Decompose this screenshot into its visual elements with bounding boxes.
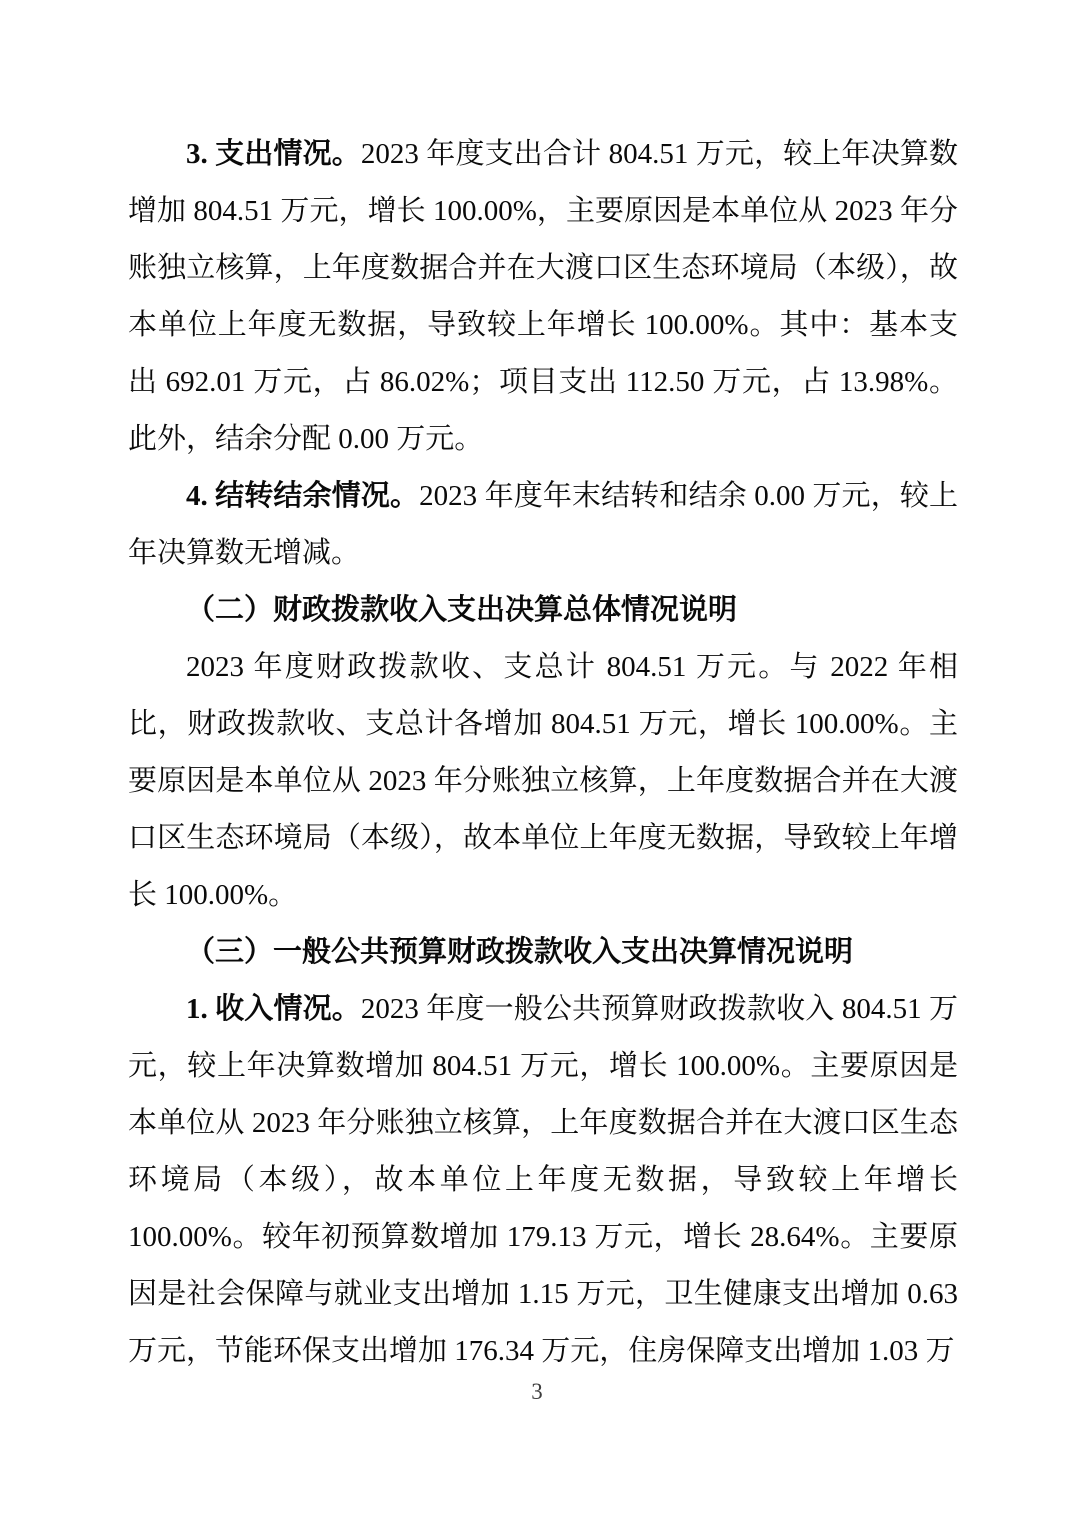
paragraph-lead-expenditure: 3. 支出情况。 <box>186 138 361 170</box>
page-number: 3 <box>0 1376 1074 1408</box>
document-page: 3. 支出情况。2023 年度支出合计 804.51 万元，较上年决算数增加 8… <box>0 0 1074 1520</box>
paragraph-fiscal-total: 2023 年度财政拨款收、支总计 804.51 万元。与 2022 年相比，财政… <box>128 639 958 924</box>
paragraph-text-income: 2023 年度一般公共预算财政拨款收入 804.51 万元，较上年决算数增加 8… <box>128 993 958 1367</box>
paragraph-income-summary: 1. 收入情况。2023 年度一般公共预算财政拨款收入 804.51 万元，较上… <box>128 981 958 1380</box>
paragraph-carryover-summary: 4. 结转结余情况。2023 年度年末结转和结余 0.00 万元，较上年决算数无… <box>128 468 958 582</box>
paragraph-lead-income: 1. 收入情况。 <box>186 993 361 1025</box>
paragraph-expenditure-summary: 3. 支出情况。2023 年度支出合计 804.51 万元，较上年决算数增加 8… <box>128 126 958 468</box>
section-heading-general-public-budget: （三）一般公共预算财政拨款收入支出决算情况说明 <box>128 924 958 981</box>
paragraph-text-expenditure: 2023 年度支出合计 804.51 万元，较上年决算数增加 804.51 万元… <box>128 138 958 455</box>
document-content: 3. 支出情况。2023 年度支出合计 804.51 万元，较上年决算数增加 8… <box>128 126 958 1380</box>
section-heading-fiscal-appropriation: （二）财政拨款收入支出决算总体情况说明 <box>128 582 958 639</box>
paragraph-text-fiscal-total: 2023 年度财政拨款收、支总计 804.51 万元。与 2022 年相比，财政… <box>128 651 958 911</box>
paragraph-lead-carryover: 4. 结转结余情况。 <box>186 480 419 512</box>
